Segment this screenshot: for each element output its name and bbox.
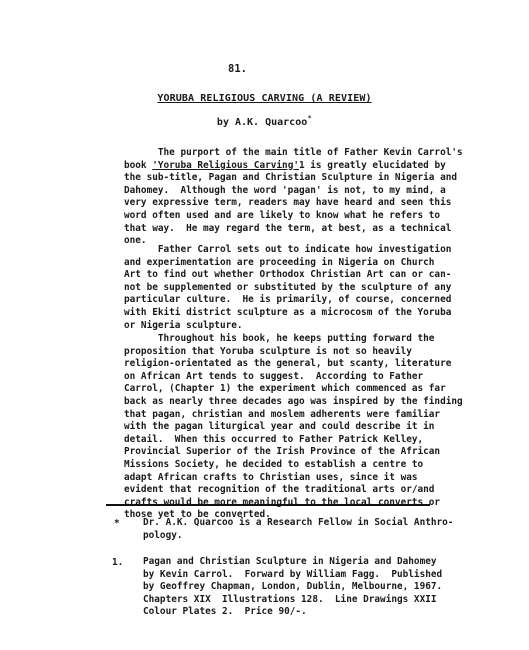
text-line: religion-orientated as the general, but … [124,358,464,371]
text-line: book 'Yoruba Religious Carving'1 is grea… [124,160,464,173]
text-line: Dahomey. Although the word 'pagan' is no… [124,185,464,198]
footnote-divider [106,504,430,506]
text-line: on African Art tends to suggest. Accordi… [124,371,464,384]
byline: by A.K. Quarcoo* [0,114,529,128]
book-title-suffix: 1 is greatly elucidated by [299,160,446,171]
footnote-mark-asterisk: * [114,518,120,529]
text-line: Father Carrol sets out to indicate how i… [124,244,464,257]
text-line: or Nigeria sculpture. [124,320,464,333]
paragraph-1: The purport of the main title of Father … [124,147,464,248]
text-line: proposition that Yoruba sculpture is not… [124,346,464,359]
text-line: that pagan, christian and moslem adheren… [124,409,464,422]
paragraph-3: Throughout his book, he keeps putting fo… [124,333,464,522]
text-line: with the pagan liturgical year and could… [124,421,464,434]
text-line: Dr. A.K. Quarcoo is a Research Fellow in… [143,517,453,530]
text-line: and experimentation are proceeding in Ni… [124,257,464,270]
text-line: Pagan and Christian Sculpture in Nigeria… [143,556,442,569]
article-title: YORUBA RELIGIOUS CARVING (A REVIEW) [0,93,529,104]
text-line: particular culture. He is primarily, of … [124,294,464,307]
document-page: 81. YORUBA RELIGIOUS CARVING (A REVIEW) … [0,0,529,650]
book-title: 'Yoruba Religious Carving' [152,160,299,171]
byline-footnote-mark: * [307,114,312,123]
text-line: by Geoffrey Chapman, London, Dublin, Mel… [143,581,442,594]
text-line: Colour Plates 2. Price 90/-. [143,606,442,619]
text-line: back as nearly three decades ago was ins… [124,396,464,409]
footnote-author: Dr. A.K. Quarcoo is a Research Fellow in… [143,517,453,542]
article-title-text: YORUBA RELIGIOUS CARVING (A REVIEW) [157,93,371,104]
byline-text: by A.K. Quarcoo [217,117,307,128]
text-line: word often used and are likely to know w… [124,210,464,223]
text-line: with Ekiti district sculpture as a micro… [124,307,464,320]
text-line: Throughout his book, he keeps putting fo… [124,333,464,346]
text-line: by Kevin Carrol. Forward by William Fagg… [143,569,442,582]
text-line: not be supplemented or substituted by th… [124,282,464,295]
text-line: that way. He may regard the term, at bes… [124,223,464,236]
text-line: Chapters XIX Illustrations 128. Line Dra… [143,594,442,607]
text-line: adapt African crafts to Christian uses, … [124,472,464,485]
footnote-book-reference: Pagan and Christian Sculpture in Nigeria… [143,556,442,619]
text-line: very expressive term, readers may have h… [124,197,464,210]
text-line: Carrol, (Chapter 1) the experiment which… [124,383,464,396]
text-line: Art to find out whether Orthodox Christi… [124,269,464,282]
text-line: pology. [143,530,453,543]
text-line: Provincial Superior of the Irish Provinc… [124,446,464,459]
text-line: Missions Society, he decided to establis… [124,459,464,472]
text-line: The purport of the main title of Father … [124,147,464,160]
page-number: 81. [228,63,247,75]
text-line: evident that recognition of the traditio… [124,484,464,497]
text-line: the sub-title, Pagan and Christian Sculp… [124,172,464,185]
footnote-mark-1: 1. [112,557,123,568]
text-line: detail. When this occurred to Father Pat… [124,434,464,447]
paragraph-2: Father Carrol sets out to indicate how i… [124,244,464,332]
